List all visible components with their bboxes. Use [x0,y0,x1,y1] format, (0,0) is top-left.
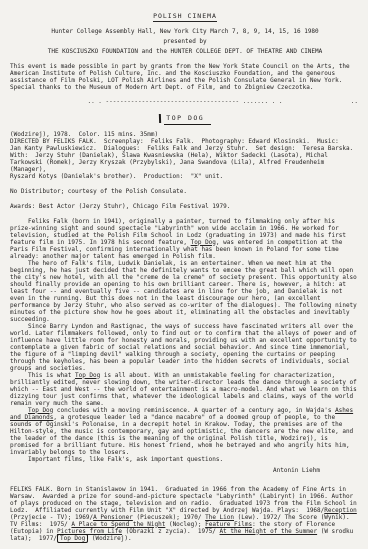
program-page: POLISH CINEMA Hunter College Assembly Ha… [0,0,368,549]
author-signature: Antonin Liehm [10,467,360,474]
filmography-block: FELIKS FALK. Born in Stanislawow in 1941… [10,486,360,542]
header: POLISH CINEMA Hunter College Assembly Ha… [10,13,360,55]
essay-paragraph-5: Top Dog concludes with a moving reminisc… [10,407,360,456]
credits-block: (Wodzirej), 1978. Color. 115 mins. 35mm)… [10,131,360,180]
film-title-heading: TOP DOG [164,115,211,125]
acknowledgment-paragraph: This event is made possible in part by g… [10,63,360,91]
pen-stroke-vertical [159,114,161,123]
essay-paragraph-3: Since Barry Lyndon and Rastignac, the wa… [10,323,360,372]
presented-by-line: presented by [10,38,360,45]
closing-line: Important films, like Falk's, ask import… [10,456,360,463]
venue-line: Hunter College Assembly Hall, New York C… [10,28,360,35]
distribution-line: No Distributor; courtesy of the Polish C… [10,188,360,195]
film-heading-row: TOP DOG [10,114,360,125]
essay-paragraph-2: The hero of Falk's film, Ludwik Danielak… [10,260,360,323]
separator-rule: .. . -----------------------------------… [10,98,360,105]
essay-paragraph-1: Feliks Falk (born in 1941), originally a… [10,218,360,260]
essay-paragraph-4: This is what Top Dog is all about. With … [10,372,360,407]
awards-line: Awards: Best Actor (Jerzy Stuhr), Chicag… [10,203,360,210]
pen-mark: .. [351,98,358,105]
presenters-line: THE KOSCIUSZKO FOUNDATION and the HUNTER… [10,48,360,55]
page-title: POLISH CINEMA [153,13,217,22]
separator-dashes: .. . -----------------------------------… [87,98,282,105]
